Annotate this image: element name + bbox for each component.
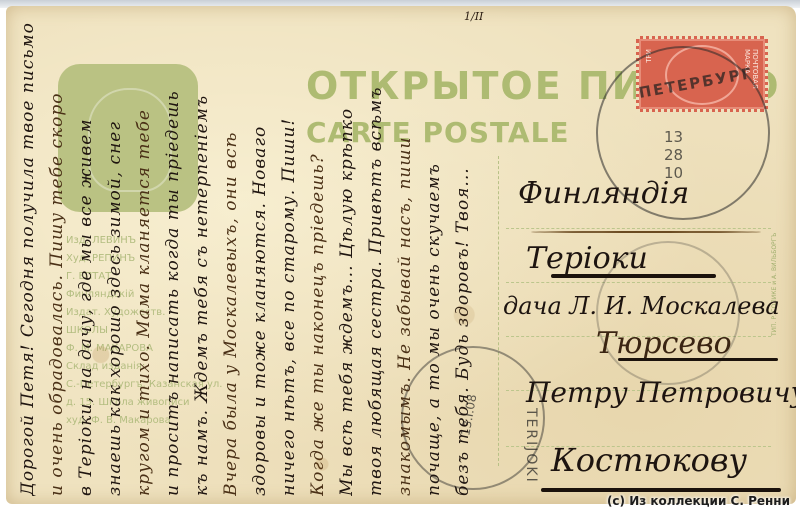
address-underline bbox=[541, 488, 781, 492]
address-town: Теріоки bbox=[526, 241, 648, 276]
message-column: и проситъ написать когда ты пріедешь bbox=[163, 16, 183, 496]
postcard: ОТКРЫТОЕ ПИСЬМО CARTE POSTALE Изд. ЛЕВИН… bbox=[6, 6, 796, 504]
address-underline bbox=[618, 358, 778, 361]
message-column: твоя любящая сестра. Привѣтъ всѣмъ bbox=[366, 16, 386, 496]
side-imprint: ТИП. Р. ГОЛИКЕ и А. ВИЛЬБОРГЪ bbox=[771, 233, 778, 336]
collection-watermark: (с) Из коллекции С. Ренни bbox=[607, 494, 790, 508]
address-recipient-surname: Костюкову bbox=[551, 441, 747, 479]
message-column: Мы всѣ тебя ждемъ... Цѣлую крѣпко bbox=[337, 16, 357, 496]
message-column: безъ тебя. Будь здоровъ! Твоя... bbox=[453, 16, 473, 496]
address-recipient-name: Петру Петровичу bbox=[526, 376, 796, 409]
address-underline bbox=[531, 231, 761, 233]
address-dacha: дача Л. И. Москалева bbox=[503, 292, 780, 320]
postmark-town: ПЕТЕРБУРГ bbox=[637, 64, 754, 102]
message-column: Дорогой Петя! Сегодня получила твое пись… bbox=[18, 16, 38, 496]
message-column: и очень обрадовалась. Пишу тебе скоро bbox=[47, 16, 67, 496]
address-line bbox=[506, 228, 771, 229]
address-country: Финляндія bbox=[518, 176, 689, 211]
message-column: Когда же ты наконецъ пріедешь? bbox=[308, 16, 328, 496]
message-column: в Теріоки, на дачу, где мы все живем bbox=[76, 16, 96, 496]
address-locality: Тюрсево bbox=[596, 326, 732, 361]
message-column: кругом и тихо. Мама кланяется тебе bbox=[134, 16, 154, 496]
message-column: знакомымъ. Не забывай насъ, пиши bbox=[395, 16, 415, 496]
address-underline bbox=[551, 274, 716, 278]
postmark-town: TERIJOKI bbox=[523, 408, 539, 484]
postmark-date: 13 28 10 bbox=[664, 128, 683, 182]
message-column: ничего нѣтъ, все по старому. Пиши! bbox=[279, 16, 299, 496]
message-column: почаще, а то мы очень скучаемъ bbox=[424, 16, 444, 496]
message-column: знаешь как хорошо здесь зимой, снег bbox=[105, 16, 125, 496]
message-column: къ намъ. Ждемъ тебя съ нетерпеніемъ bbox=[192, 16, 212, 496]
message-column: Вчера была у Москалевыхъ, они всѣ bbox=[221, 16, 241, 496]
message-column: здоровы и тоже кланяются. Новаго bbox=[250, 16, 270, 496]
terijoki-postmark: TERIJOKI 13.I.08 bbox=[401, 346, 545, 490]
